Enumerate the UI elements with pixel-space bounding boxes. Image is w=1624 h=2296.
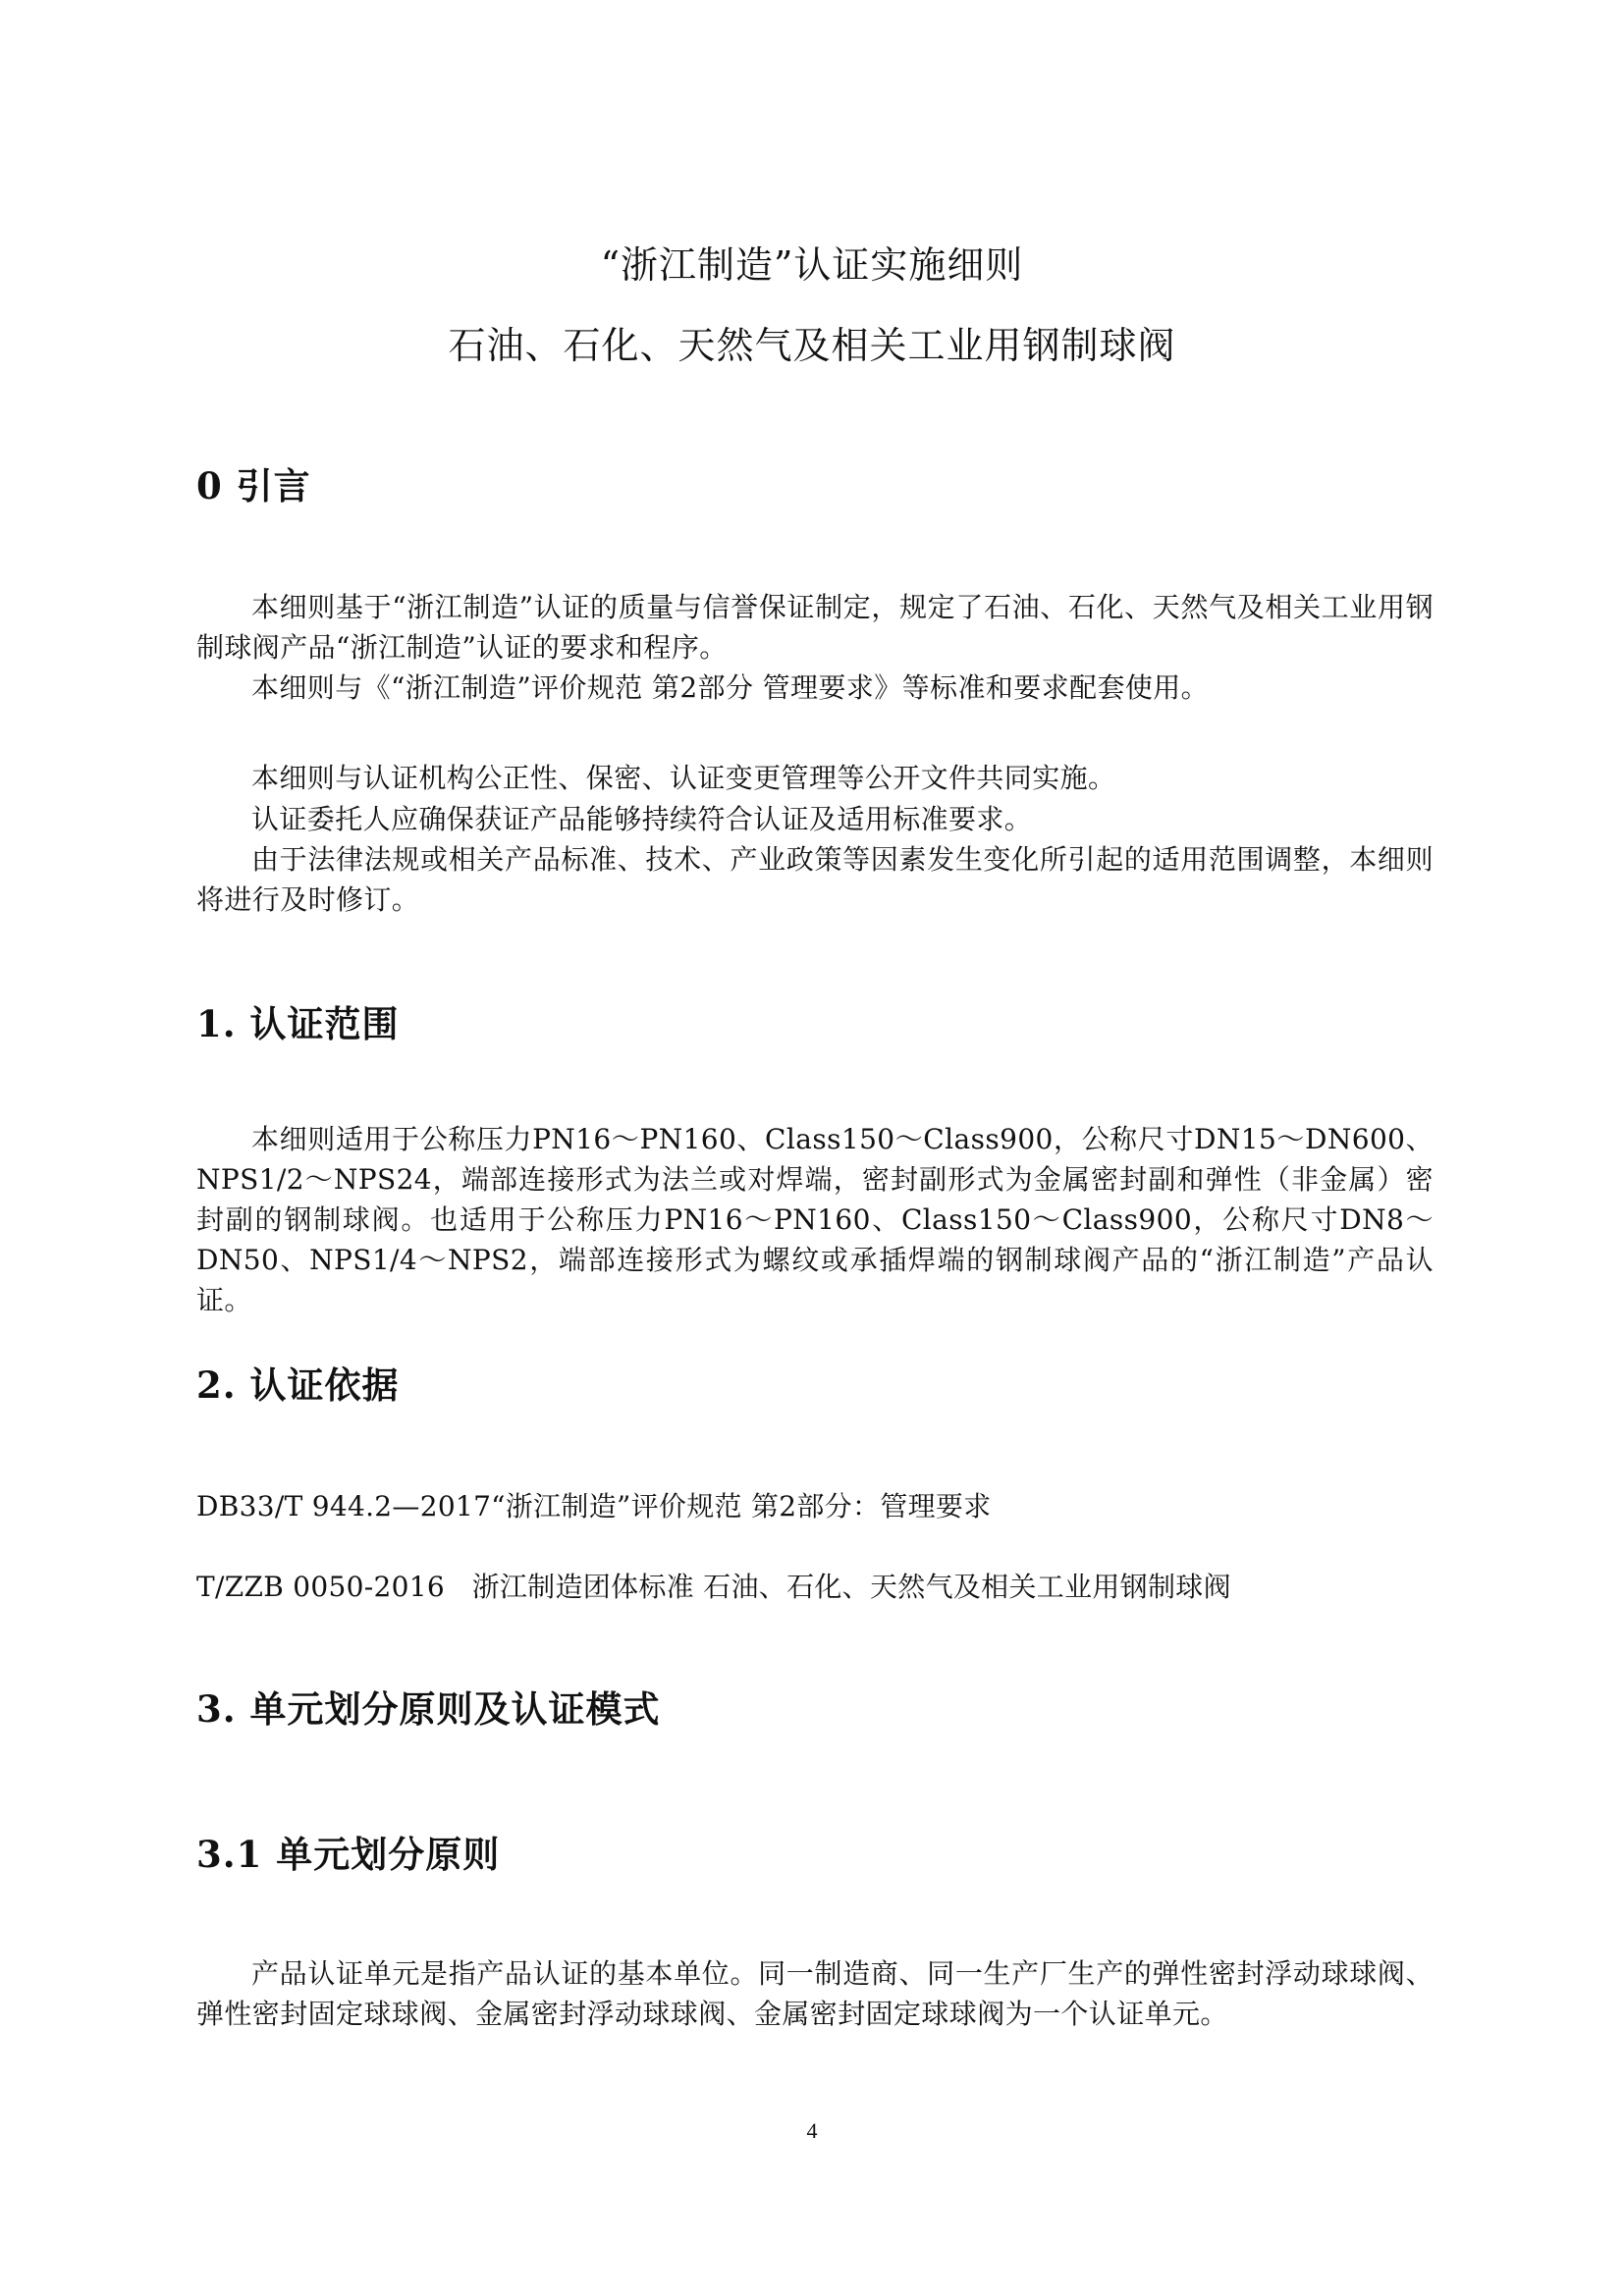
intro-paragraph-5: 由于法律法规或相关产品标准、技术、产业政策等因素发生变化所引起的适用范围调整，本… — [196, 839, 1434, 920]
section-heading-scope: 1. 认证范围 — [196, 1001, 400, 1046]
document-title: “浙江制造”认证实施细则 — [0, 242, 1624, 288]
intro-paragraph-3: 本细则与认证机构公正性、保密、认证变更管理等公开文件共同实施。 — [196, 758, 1434, 798]
reference-standard-1: DB33/T 944.2—2017“浙江制造”评价规范 第2部分：管理要求 — [196, 1486, 992, 1526]
section-heading-intro: 0 引言 — [196, 463, 311, 508]
section-heading-basis: 2. 认证依据 — [196, 1362, 400, 1408]
document-page: “浙江制造”认证实施细则 石油、石化、天然气及相关工业用钢制球阀 0 引言 本细… — [0, 0, 1624, 2296]
intro-paragraph-4: 认证委托人应确保获证产品能够持续符合认证及适用标准要求。 — [196, 799, 1434, 839]
reference-standard-2: T/ZZB 0050-2016 浙江制造团体标准 石油、石化、天然气及相关工业用… — [196, 1567, 1231, 1607]
page-number: 4 — [0, 2118, 1624, 2144]
scope-paragraph-1: 本细则适用于公称压力PN16～PN160、Class150～Class900，公… — [196, 1119, 1434, 1320]
intro-paragraph-1: 本细则基于“浙江制造”认证的质量与信誉保证制定，规定了石油、石化、天然气及相关工… — [196, 587, 1434, 667]
subsection-heading-unit-principle: 3.1 单元划分原则 — [196, 1832, 500, 1877]
unit-principle-paragraph-1: 产品认证单元是指产品认证的基本单位。同一制造商、同一生产厂生产的弹性密封浮动球球… — [196, 1953, 1434, 2034]
intro-paragraph-2: 本细则与《“浙江制造”评价规范 第2部分 管理要求》等标准和要求配套使用。 — [196, 667, 1434, 708]
section-heading-units: 3. 单元划分原则及认证模式 — [196, 1686, 661, 1732]
document-subtitle: 石油、石化、天然气及相关工业用钢制球阀 — [0, 323, 1624, 368]
